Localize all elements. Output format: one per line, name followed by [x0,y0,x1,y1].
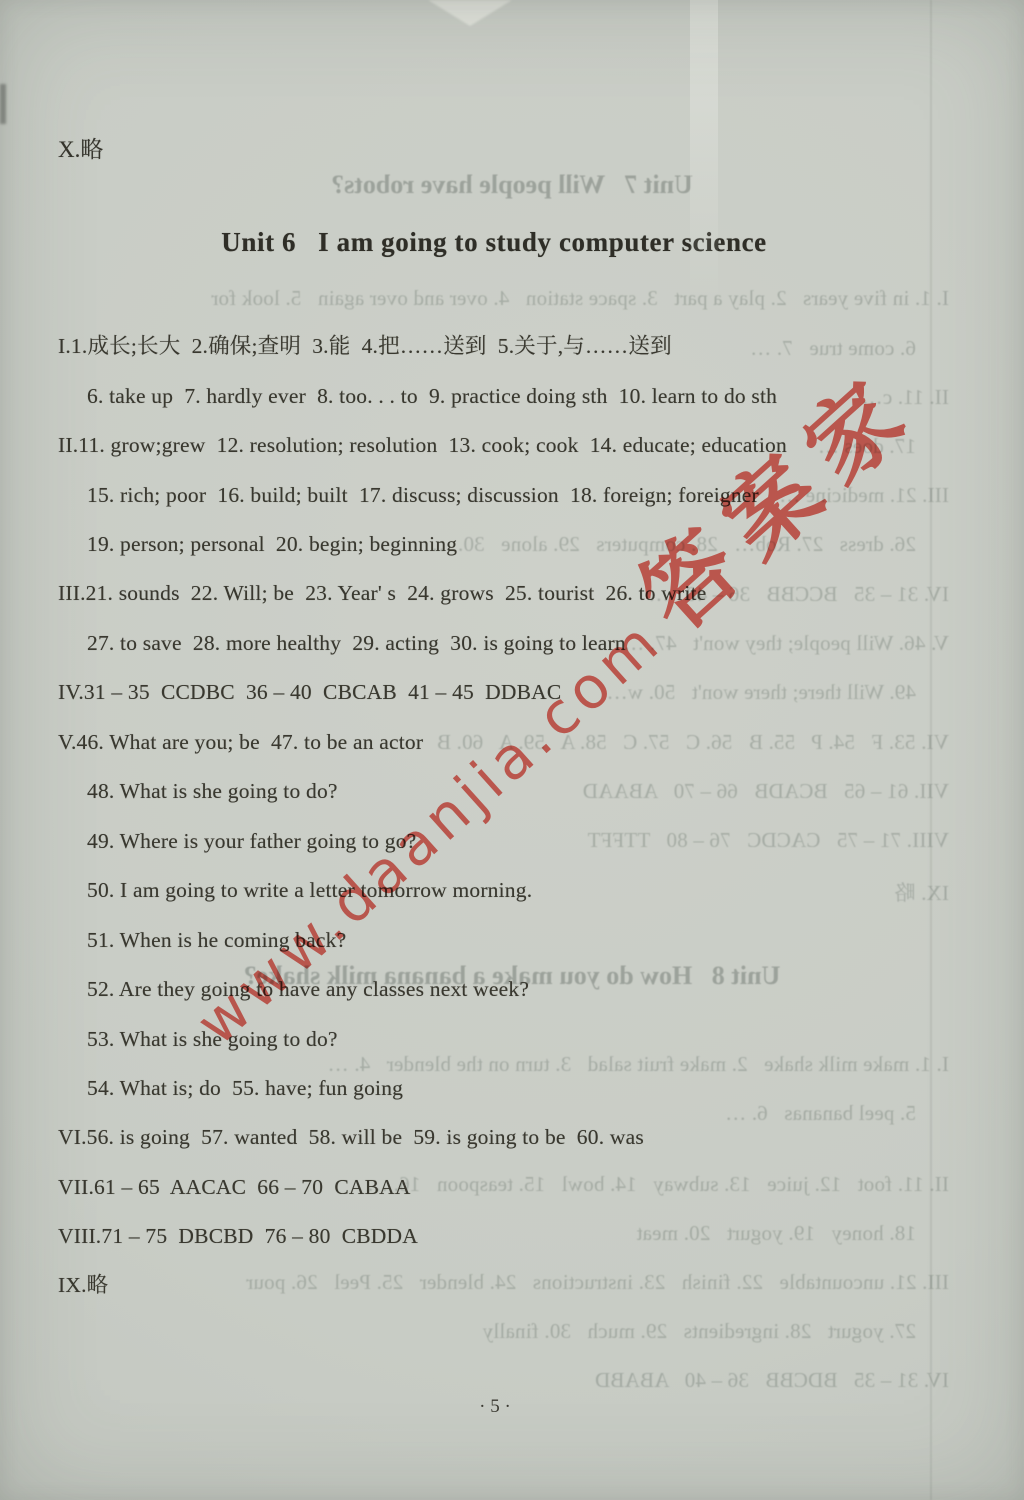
bleed-line: I. 1. make milk shake 2. make fruit sala… [327,1052,949,1077]
answer-line: 19. person; personal 20. begin; beginnin… [87,531,457,557]
answer-line: 27. to save 28. more healthy 29. acting … [87,630,626,656]
bleed-line: VIII. 71 – 75 CACDC 76 – 80 TTFFT [587,828,949,853]
page-number: · 5 · [0,1396,990,1418]
answer-line: 48. What is she going to do? [87,778,338,804]
bleed-line: 26. dress 27. Rob… 28. computers 29. alo… [431,532,916,557]
bleed-line: II. 11. c… [861,385,949,410]
bleed-line: 27. yogurt 28. ingredients 29. much 30. … [483,1319,916,1344]
previous-section-answer: X.略 [58,131,103,164]
answer-line: 49. Where is your father going to go? [87,828,416,854]
answer-line-I: I.1.成长;长大 2.确保;查明 3.能 4.把……送到 5.关于,与……送到 [58,333,672,359]
answer-line-VII: VII.61 – 65 AACAC 66 – 70 CABAA [58,1174,411,1200]
bleed-line: 49. Will there; there won't 50. w… [606,680,916,705]
bleed-line: IV. 31 – 35 BDCBB 36 – 40 ABABD [595,1368,949,1393]
answer-line-VIII: VIII.71 – 75 DBCBD 76 – 80 CBDDA [58,1223,418,1249]
answer-line-VI: VI.56. is going 57. wanted 58. will be 5… [58,1124,644,1150]
page-top-notch [428,0,512,26]
bleed-line: V. 46. Will people; they won't 47. … [623,631,949,656]
bleed-line: 18. honey 19. yogurt 20. meat [636,1221,916,1246]
answer-line-IX: IX.略 [58,1272,108,1298]
bleed-line: 5. peel bananas 6. … [725,1101,916,1126]
bleed-line: III. 21. medicine … [779,483,949,508]
scanned-answer-page: Unit 7 Will people have robots? I. 1. in… [0,0,1024,1500]
scan-crease [930,0,932,1500]
bleed-line: VII. 61 – 65 BCADB 66 – 70 ABAAD [583,779,949,804]
scan-edge-mark [0,84,6,124]
bleed-line: 17. does … [818,434,916,459]
answer-line: 15. rich; poor 16. build; built 17. disc… [87,482,759,508]
bleed-line: VI. 53. F 54. P 55. B 56. C 57. C 58. A … [437,730,949,755]
scan-light-streak [690,0,718,300]
answer-line-IV: IV.31 – 35 CCDBC 36 – 40 CBCAB 41 – 45 D… [58,679,561,705]
bleed-line: I. 1. in five years 2. play a part 3. sp… [211,286,949,311]
answer-line: 52. Are they going to have any classes n… [87,976,529,1002]
answer-line-V: V.46. What are you; be 47. to be an acto… [58,729,423,755]
bleed-line: III. 21. uncountable 22. finish 23. inst… [246,1270,949,1295]
bleed-line: IX. 略 [894,877,949,907]
answer-line: 54. What is; do 55. have; fun going [87,1075,403,1101]
bleed-line: 6. come true 7. … [750,336,916,361]
answer-line: 50. I am going to write a letter tomorro… [87,877,532,903]
answer-line: 6. take up 7. hardly ever 8. too. . . to… [87,383,777,409]
unit-title: Unit 6 I am going to study computer scie… [0,227,1006,258]
answer-line-II: II.11. grow;grew 12. resolution; resolut… [58,432,787,458]
bleed-line: II. 11. foot 12. juice 13. subway 14. bo… [367,1172,949,1197]
answer-line: 51. When is he coming back? [87,927,346,953]
answer-line: 53. What is she going to do? [87,1026,338,1052]
answer-line-III: III.21. sounds 22. Will; be 23. Year' s … [58,580,706,606]
bleed-unit7-title: Unit 7 Will people have robots? [0,170,1024,200]
